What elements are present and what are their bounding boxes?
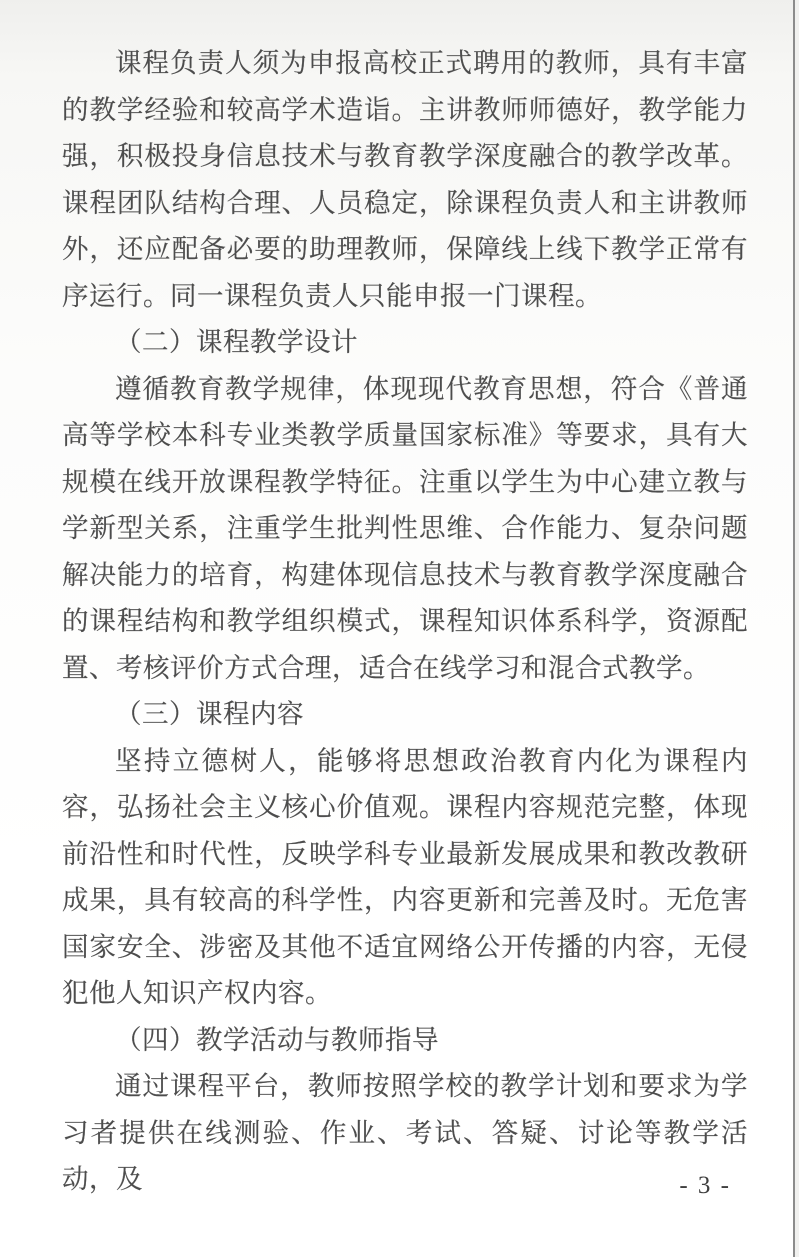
paragraph-course-content: 坚持立德树人，能够将思想政治教育内化为课程内容，弘扬社会主义核心价值观。课程内容… (62, 738, 748, 1017)
section-heading-4-teaching-activities: （四）教学活动与教师指导 (62, 1017, 748, 1064)
section-heading-2-course-teaching-design: （二）课程教学设计 (62, 319, 748, 366)
document-page: 课程负责人须为申报高校正式聘用的教师，具有丰富的教学经验和较高学术造诣。主讲教师… (62, 40, 748, 1203)
paragraph-teaching-design: 遵循教育教学规律，体现现代教育思想，符合《普通高等学校本科专业类教学质量国家标准… (62, 366, 748, 692)
paragraph-course-leader-requirements: 课程负责人须为申报高校正式聘用的教师，具有丰富的教学经验和较高学术造诣。主讲教师… (62, 40, 748, 319)
scan-edge-line (793, 0, 795, 1257)
page-number: - 3 - (679, 1172, 731, 1200)
section-heading-3-course-content: （三）课程内容 (62, 691, 748, 738)
paragraph-teaching-activities: 通过课程平台，教师按照学校的教学计划和要求为学习者提供在线测验、作业、考试、答疑… (62, 1063, 748, 1203)
scan-edge-margin (795, 0, 799, 1257)
